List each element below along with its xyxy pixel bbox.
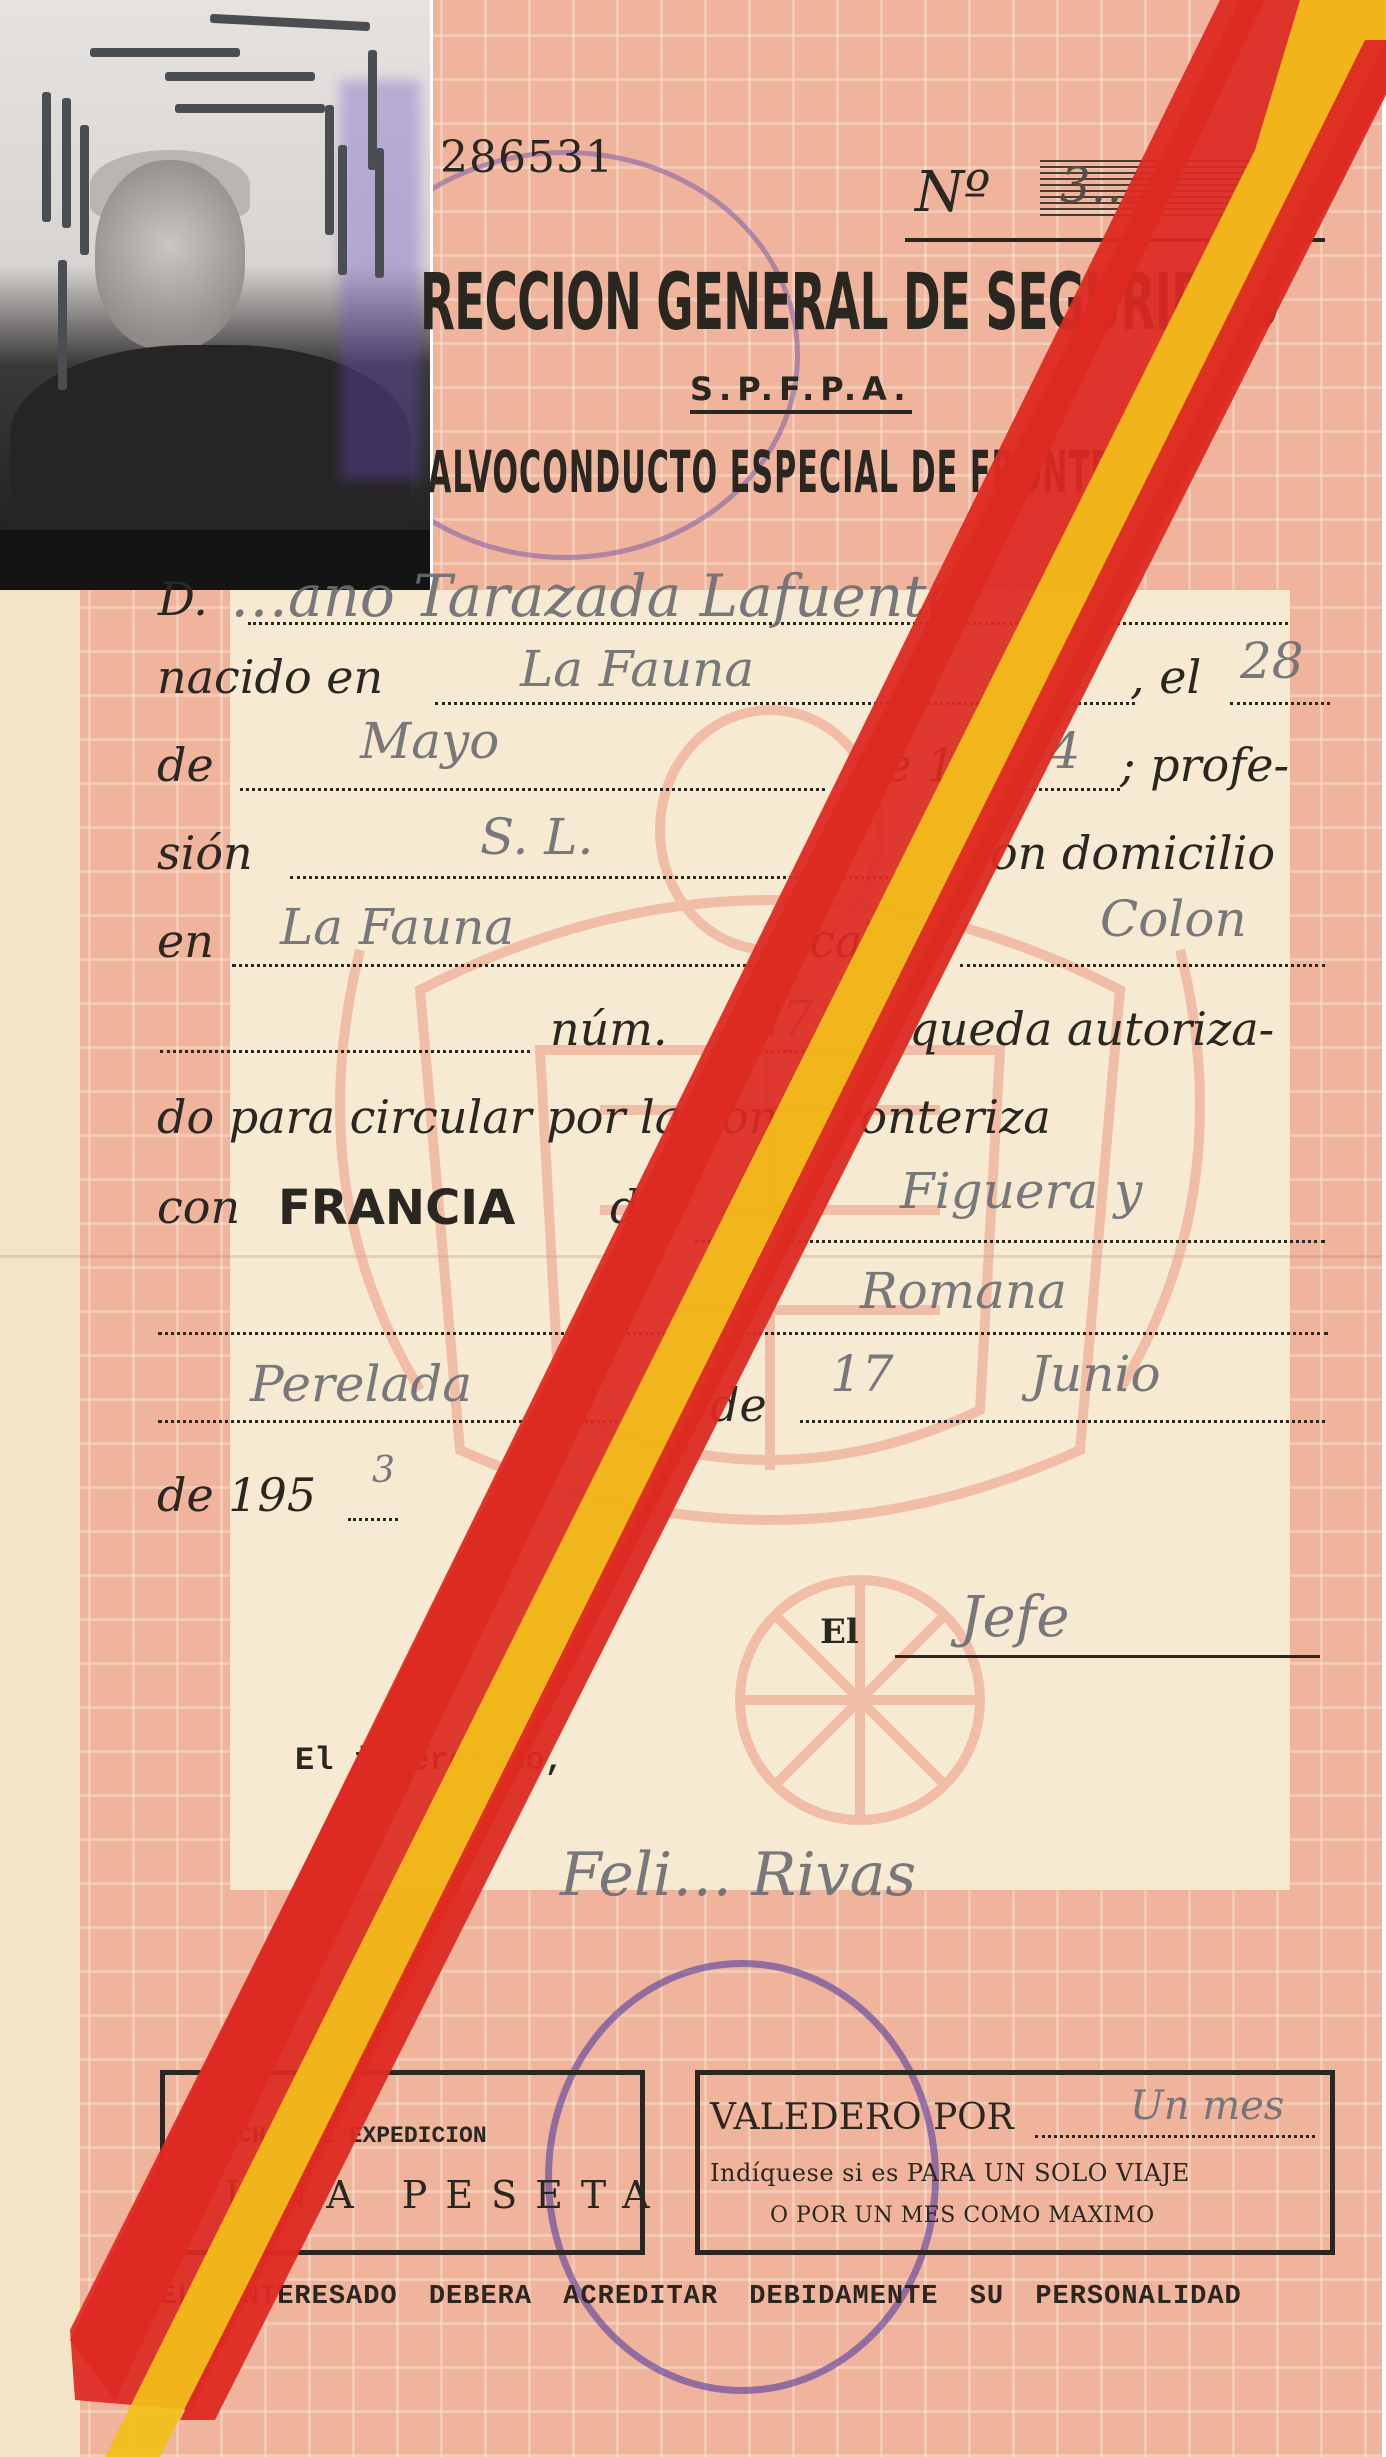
issued-month-value: Junio	[1030, 1345, 1161, 1403]
domicile-label: , con domicilio	[935, 826, 1275, 880]
profession-value: S. L.	[480, 808, 593, 866]
document-number-value: 3…	[1060, 158, 1139, 214]
holder-photo	[0, 0, 433, 590]
issued-de-label: de	[710, 1378, 767, 1432]
street-label: , calle	[780, 914, 919, 968]
issued-place-value: Perelada	[250, 1355, 472, 1413]
domicile-value: La Fauna	[280, 898, 514, 956]
number-label-street: núm.	[550, 1002, 668, 1056]
year-line	[348, 1518, 398, 1521]
year-suffix-value: 3	[372, 1450, 395, 1491]
name-value: …ano Tarazada Lafuente	[230, 562, 961, 630]
validity-instruction-1: Indíquese si es PARA UN SOLO VIAJE	[710, 2159, 1190, 2187]
fee-amount: UNA PESETA	[225, 2173, 668, 2217]
issuer-title: RECCION GENERAL DE SEGURIDAD	[420, 258, 1279, 348]
issued-place-line	[158, 1420, 698, 1423]
street-line	[960, 964, 1325, 967]
year-label: de 195	[157, 1468, 316, 1522]
validity-value: Un mes	[1130, 2083, 1284, 2129]
en-label: en	[157, 914, 214, 968]
born-place-value: La Fauna	[520, 640, 754, 698]
issued-day-value: 17	[830, 1345, 894, 1403]
street-value: Colon	[1100, 890, 1247, 948]
route-line-2	[158, 1332, 1328, 1335]
profession-label-end: sión	[157, 826, 253, 880]
department-code: S.P.F.P.A.	[690, 370, 912, 414]
route-value-1: Figuera y	[900, 1162, 1142, 1220]
official-label: El	[820, 1612, 859, 1652]
holder-signature: Feli… Rivas	[560, 1840, 916, 1910]
street-number-line	[710, 1050, 890, 1053]
name-prefix: D.	[158, 572, 208, 626]
el-label: , el	[1130, 650, 1201, 704]
born-month-line	[240, 788, 825, 791]
born-label: nacido en	[157, 650, 383, 704]
con-label: con	[157, 1180, 240, 1234]
born-day-value: 28	[1240, 632, 1304, 690]
fee-box: DERECHOS DE EXPEDICION UNA PESETA	[160, 2070, 645, 2255]
route-line-1	[695, 1240, 1325, 1243]
from-label: de	[610, 1180, 667, 1234]
validity-line	[1035, 2135, 1315, 2138]
blank-line	[160, 1050, 530, 1053]
country-name: FRANCIA	[278, 1180, 515, 1236]
validity-instruction-2: O POR UN MES COMO MAXIMO	[770, 2203, 1155, 2228]
validity-label: VALEDERO POR	[710, 2097, 1014, 2138]
domicile-line	[232, 964, 802, 967]
street-number-value: 27	[750, 990, 814, 1048]
de-label: de	[157, 738, 214, 792]
year-prefix-label: de 1	[855, 738, 956, 792]
born-place-line	[435, 702, 1135, 705]
authorized-label: , queda autoriza-	[880, 1002, 1274, 1056]
official-signature-line	[895, 1655, 1320, 1658]
official-signature: Jefe	[960, 1585, 1069, 1650]
document-number-field: 3…	[1040, 160, 1315, 220]
born-month-value: Mayo	[360, 712, 499, 770]
circulate-label: do para circular por la zona fronteriza	[157, 1090, 1051, 1144]
paper-edge-strip	[0, 590, 80, 2457]
validity-box: VALEDERO POR Un mes Indíquese si es PARA…	[695, 2070, 1335, 2255]
route-value-2: Romana	[860, 1262, 1067, 1320]
profession-line	[290, 876, 930, 879]
holder-label: El interesado,	[295, 1742, 564, 1779]
footer-notice: EL INTERESADO DEBERA ACREDITAR DEBIDAMEN…	[160, 2282, 1330, 2312]
born-year-line	[980, 788, 1120, 791]
document-type-title: ALVOCONDUCTO ESPECIAL DE FRONTERAS	[428, 438, 1183, 506]
born-day-line	[1230, 702, 1330, 705]
issued-date-line	[800, 1420, 1325, 1423]
profession-label-start: ; profe-	[1120, 738, 1289, 792]
number-label: Nº	[915, 160, 990, 225]
number-underline	[905, 238, 1325, 242]
born-year-value: 894	[985, 722, 1080, 780]
fee-label: DERECHOS DE EXPEDICION	[183, 2123, 487, 2149]
serial-number: 286531	[440, 132, 614, 183]
